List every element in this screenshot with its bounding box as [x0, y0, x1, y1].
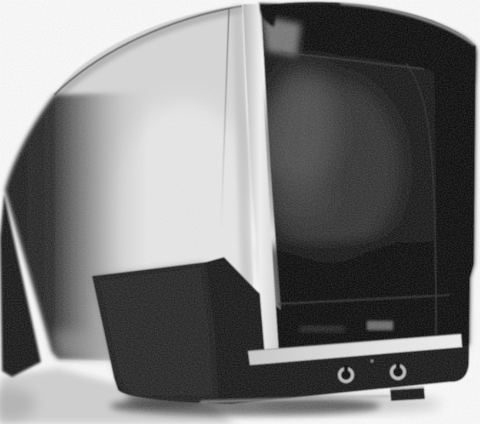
film-grain [0, 0, 480, 424]
photo-crt-television [0, 0, 480, 424]
tv-photo-canvas [0, 0, 480, 424]
